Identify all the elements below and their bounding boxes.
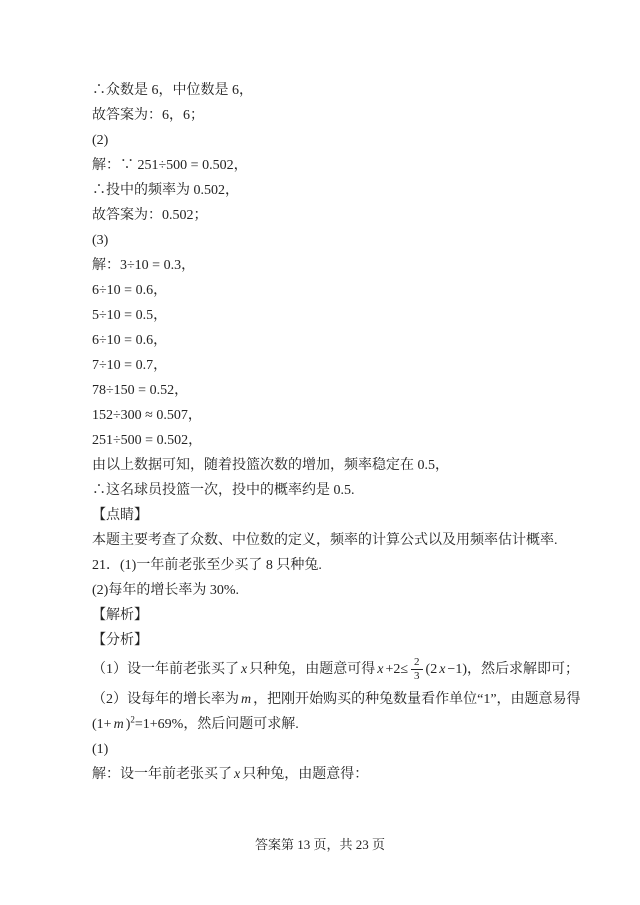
fraction-denominator: 3 — [411, 669, 423, 683]
text-line-mode-median: ∴众数是 6，中位数是 6， — [92, 78, 600, 103]
analysis-1-post: ，然后求解即可； — [467, 662, 579, 677]
page-footer: 答案第 13 页，共 23 页 — [0, 834, 640, 853]
text-line-frequency: ∴投中的频率为 0.502， — [92, 178, 600, 203]
solution-start-line: 解：设一年前老张买了x只种兔，由题意得： — [92, 762, 600, 787]
formula-line-5-10: 5÷10 = 0.5， — [92, 303, 600, 328]
expr-operator: +2≤ — [385, 662, 408, 677]
text-line-conclusion-prob: ∴这名球员投篮一次，投中的概率约是 0.5. — [92, 478, 600, 503]
formula-line-152-300: 152÷300 ≈ 0.507， — [92, 403, 600, 428]
variable-x: x — [239, 662, 249, 677]
expr-paren-open: (2 — [426, 662, 438, 677]
expr-paren-close: −1) — [447, 662, 467, 677]
answer-document-page: ∴众数是 6，中位数是 6， 故答案为：6，6； (2) 解：∵ 251÷500… — [0, 0, 640, 905]
formula-line-7-10: 7÷10 = 0.7， — [92, 353, 600, 378]
text-line-summary: 本题主要考查了众数、中位数的定义，频率的计算公式以及用频率估计概率. — [92, 528, 600, 553]
analysis-step-2-line: （2）设每年的增长率为m，把刚开始购买的种兔数量看作单位“1”，由题意易得 — [92, 687, 600, 712]
analysis-2-pre: （2）设每年的增长率为 — [92, 692, 239, 707]
solution-pre: 解：设一年前老张买了 — [92, 767, 232, 782]
problem-21-answer-2: (2)每年的增长率为 30%. — [92, 578, 600, 603]
part-1-label: (1) — [92, 737, 600, 762]
problem-21-answer-1: 21．(1)一年前老张至少买了 8 只种兔. — [92, 553, 600, 578]
section-header-dianjing: 【点睛】 — [92, 503, 600, 528]
fraction-numerator: 2 — [411, 656, 423, 669]
analysis-step-1-line: （1）设一年前老张买了x只种兔，由题意可得x+2≤23(2x−1)，然后求解即可… — [92, 653, 600, 687]
formula-line-251-500b: 251÷500 = 0.502， — [92, 428, 600, 453]
part-3-label: (3) — [92, 228, 600, 253]
variable-m: m — [239, 692, 253, 707]
fraction-two-thirds: 23 — [411, 656, 423, 683]
solution-post: 只种兔，由题意得： — [242, 767, 368, 782]
expr-variable-x: x — [375, 662, 385, 677]
analysis-2-post: ，把刚开始购买的种兔数量看作单位“1”，由题意易得 — [253, 692, 580, 707]
formula-line-6-10b: 6÷10 = 0.6， — [92, 328, 600, 353]
analysis-1-pre: （1）设一年前老张买了 — [92, 662, 239, 677]
section-header-fenxi: 【分析】 — [92, 628, 600, 653]
formula-post: ，然后问题可求解. — [183, 717, 299, 732]
formula-line-6-10a: 6÷10 = 0.6， — [92, 278, 600, 303]
text-line-conclusion-data: 由以上数据可知，随着投篮次数的增加，频率稳定在 0.5， — [92, 453, 600, 478]
formula-line-251-500: 解：∵ 251÷500 = 0.502， — [92, 153, 600, 178]
answer-content: ∴众数是 6，中位数是 6， 故答案为：6，6； (2) 解：∵ 251÷500… — [92, 78, 600, 787]
formula-variable-m: m — [112, 717, 126, 732]
formula-line-3-10: 解：3÷10 = 0.3， — [92, 253, 600, 278]
expr-variable-x2: x — [437, 662, 447, 677]
section-header-jiexi: 【解析】 — [92, 603, 600, 628]
text-line-answer-2: 故答案为：0.502； — [92, 203, 600, 228]
formula-equation: =1+69% — [135, 717, 183, 732]
formula-open: (1+ — [92, 717, 112, 732]
part-2-label: (2) — [92, 128, 600, 153]
solution-variable-x: x — [232, 767, 242, 782]
growth-formula-line: (1+m)2=1+69%，然后问题可求解. — [92, 712, 600, 737]
formula-line-78-150: 78÷150 = 0.52， — [92, 378, 600, 403]
analysis-1-mid: 只种兔，由题意可得 — [249, 662, 375, 677]
text-line-answer-1: 故答案为：6，6； — [92, 103, 600, 128]
